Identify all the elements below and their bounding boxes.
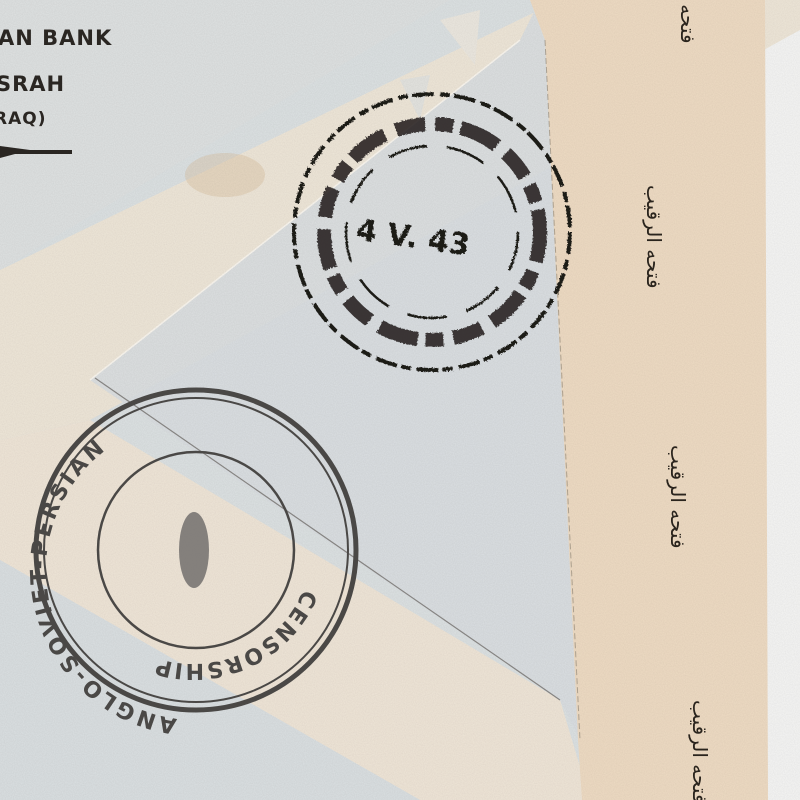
envelope-paper: 4 V. 43 ANGLO-SOVIET-PERSIAN CENSORSHIP: [0, 0, 800, 800]
letterhead-city: SRAH: [0, 72, 65, 96]
letterhead-country: RAQ): [0, 109, 46, 129]
censor-tape-text: فتحه الرقيب: [666, 445, 690, 549]
censor-tape-text: فتحه الرقيب: [642, 185, 666, 289]
letterhead-bank-name: AN BANK: [0, 26, 112, 50]
censor-tape-text: فتحه الرقيب: [688, 700, 712, 800]
censor-tape-text: فتحه الرقيب: [676, 0, 700, 44]
envelope-scan: 4 V. 43 ANGLO-SOVIET-PERSIAN CENSORSHIP …: [0, 0, 800, 800]
